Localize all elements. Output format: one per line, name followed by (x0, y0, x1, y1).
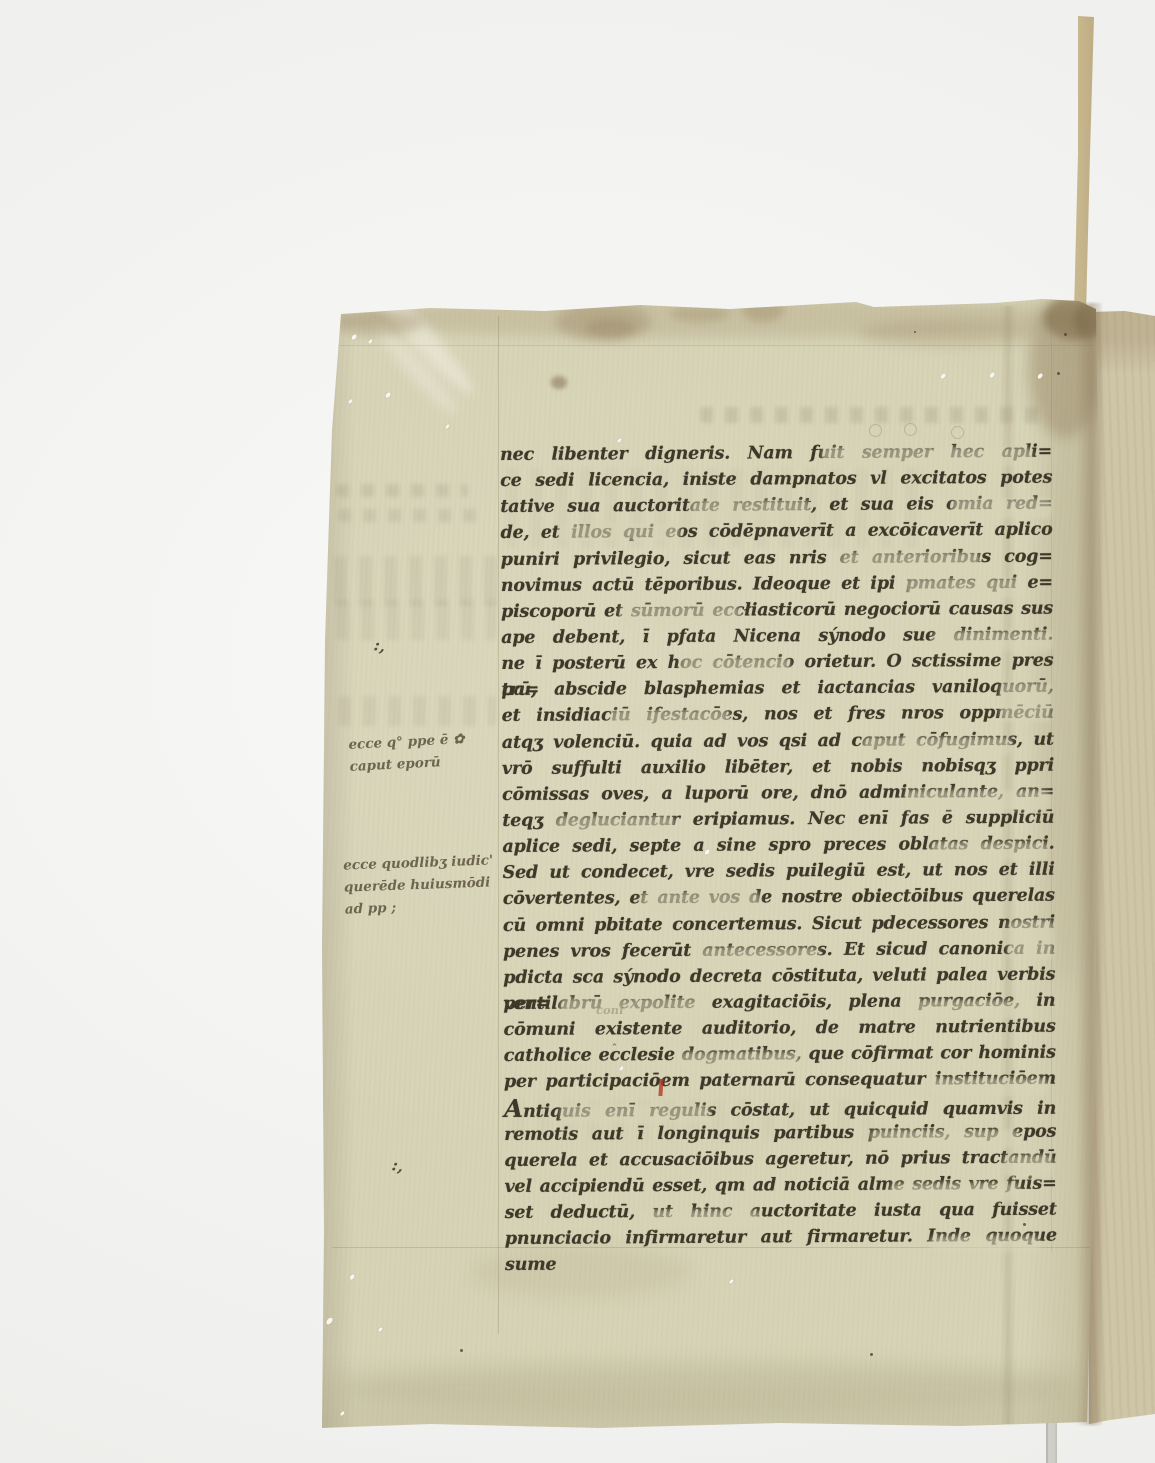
flyspeck-white (348, 1273, 355, 1280)
ink-fade-patch (1008, 920, 1054, 960)
ink-fade-patch (840, 552, 980, 570)
ink-bleed-through (334, 556, 504, 606)
margin-note-line: ad pp ; (344, 893, 495, 920)
ring-mark (869, 424, 882, 437)
ink-fade-patch (560, 523, 680, 541)
manuscript-text-line: cōmuni existente auditorio, de matre nut… (504, 1014, 1056, 1044)
parchment-stain (332, 310, 422, 336)
manuscript-text-line: cū omni pbitate concertemus. Sicut pdece… (503, 909, 1055, 939)
ink-fade-patch (560, 1105, 710, 1123)
ink-fade-patch (680, 1052, 800, 1070)
ink-fade-patch (640, 1210, 760, 1228)
ink-fade-patch (933, 631, 1053, 651)
ink-speck (870, 1353, 873, 1356)
ink-bleed-through (336, 600, 496, 640)
flyspeck-white (729, 1279, 734, 1285)
ink-fade-patch (555, 816, 675, 834)
ink-fade-patch (610, 710, 730, 728)
ink-bleed-through (336, 484, 468, 497)
ink-speck (1023, 1223, 1026, 1226)
manuscript-text-line: querela et accusaciōibus ageretur, nō pr… (504, 1144, 1056, 1174)
ink-fade-patch (680, 657, 790, 675)
ruling-line-vertical-left (498, 316, 499, 1334)
ink-speck (663, 946, 665, 948)
flyspeck-white (325, 1316, 334, 1325)
flyspeck-white (378, 1327, 383, 1333)
manuscript-text-line: set deductū, ut hinc auctoritate iusta q… (505, 1197, 1057, 1227)
ink-fade-patch (890, 1183, 1020, 1201)
ink-speck (1064, 333, 1067, 336)
manuscript-text-line: pdicta sca sýnodo decreta cōstituta, vel… (503, 961, 1055, 991)
manuscript-text-line: trū, abscide blasphemias et iactancias v… (501, 674, 1053, 704)
ink-fade-patch (690, 500, 810, 520)
ink-fade-patch (620, 605, 740, 623)
ink-speck (1057, 372, 1060, 375)
manuscript-page: nec libenter digneris. Nam fuit semper h… (0, 0, 1155, 1463)
parchment-stain (551, 376, 567, 389)
nota-mark: :, (390, 1155, 405, 1176)
ring-mark (951, 426, 964, 439)
manuscript-text-line: cōvertentes, et ante vos de nostre obiec… (503, 883, 1055, 913)
margin-note-line: caput eporū (349, 750, 466, 778)
ring-mark (904, 423, 917, 436)
flyspeck-white (340, 1411, 345, 1417)
binding-guard-strip (1068, 14, 1100, 316)
flyspeck-white (348, 399, 353, 405)
insertion-caret: ˆ (612, 1044, 617, 1055)
manuscript-text-line: Sed ut condecet, vre sedis puilegiū est,… (503, 857, 1055, 887)
manuscript-text-line: piscoporū et sūmorū eccłiasticorū negoci… (501, 595, 1053, 625)
flyspeck-white (445, 424, 450, 430)
nota-mark: :, (372, 635, 387, 656)
flyspeck-white (988, 371, 995, 378)
ink-fade-patch (560, 998, 710, 1016)
parchment-stain (742, 298, 784, 322)
ink-fade-patch (700, 947, 820, 965)
ink-fade-patch (640, 892, 760, 910)
ink-speck (460, 1349, 463, 1352)
ink-fade-patch (1000, 682, 1052, 722)
ink-fade-patch (952, 498, 1052, 518)
ink-bleed-through (338, 509, 488, 522)
ink-fade-patch (905, 1000, 1035, 1018)
gutter-fold-shadow (1076, 303, 1102, 1425)
flyspeck-white (350, 333, 357, 340)
ink-speck (914, 331, 916, 333)
flyspeck-white (368, 339, 373, 345)
manuscript-text-line: ce sedi licencia, iniste dampnatos vl ex… (500, 465, 1052, 495)
ink-fade-patch (930, 1236, 1040, 1252)
ink-fade-patch (905, 578, 1025, 598)
ink-bleed-through (700, 407, 1045, 423)
flyspeck-white (384, 391, 391, 398)
ink-fade-patch (930, 842, 1048, 860)
ink-fade-patch (1003, 1155, 1053, 1177)
margin-note: ecce q° ppe ē ✿caput eporū (348, 728, 466, 778)
margin-note: ecce quodlibʒ iudic'querēde huiusmōdiad … (343, 849, 495, 920)
parchment-stain (585, 318, 635, 338)
parchment-stain (670, 306, 730, 322)
ink-bleed-through (338, 696, 496, 726)
scan-background: { "palette": { "background": "#f2f2f0", … (0, 0, 1155, 1463)
parchment-stain (336, 1362, 1076, 1414)
manuscript-text-line: vrō suffulti auxilio libēter, et nobis n… (502, 752, 1054, 782)
ink-fade-patch (862, 737, 1012, 755)
ruling-line-horizontal-top (334, 345, 1094, 346)
manuscript-text-line: et insidiaciū ifestacōes, nos et fres nr… (502, 700, 1054, 730)
ink-fade-patch (905, 790, 1050, 810)
flyspeck-white (939, 372, 946, 379)
ink-fade-patch (822, 447, 1032, 465)
ink-fade-patch (930, 1078, 1048, 1096)
ink-fade-patch (870, 1130, 1020, 1148)
